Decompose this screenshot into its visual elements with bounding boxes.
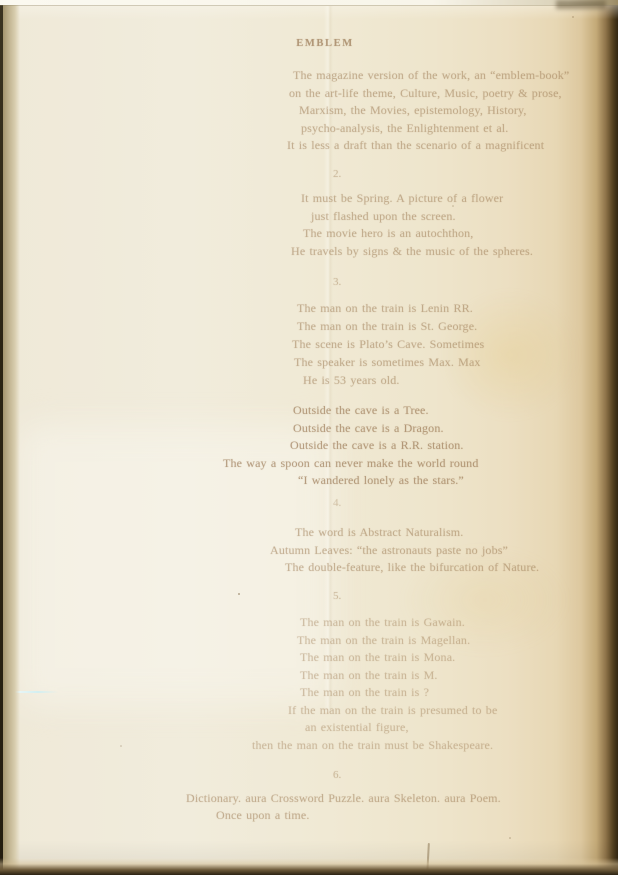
poem-line: The man on the train is ? (300, 684, 497, 702)
dust-speck (390, 95, 392, 97)
stanza-2: It must be Spring. A picture of a flower… (301, 190, 533, 260)
stanza-5: The word is Abstract Naturalism. Autumn … (285, 524, 539, 577)
poem-line: psycho-analysis, the Enlightenment et al… (301, 120, 569, 138)
poem-line: The man on the train is M. (300, 667, 497, 685)
dust-speck (120, 745, 122, 747)
scanner-top-line (0, 5, 618, 6)
poem-line: Outside the cave is a R.R. station. (290, 437, 478, 455)
poem-line: The double-feature, like the bifurcation… (285, 559, 539, 577)
poem-line: Outside the cave is a Tree. (293, 402, 478, 420)
poem-title: EMBLEM (230, 38, 420, 49)
section-number-5: 5. (333, 590, 341, 602)
dust-speck (452, 205, 454, 207)
poem-line: The scene is Plato’s Cave. Sometimes (292, 335, 484, 353)
section-number-4: 4. (333, 497, 341, 509)
section-number-2: 2. (333, 168, 341, 180)
poem-line: The magazine version of the work, an “em… (293, 67, 569, 85)
stanza-3: The man on the train is Lenin RR. The ma… (297, 299, 484, 389)
poem-line: The movie hero is an autochthon, (303, 225, 533, 243)
poem-line: The speaker is sometimes Max. Max (294, 353, 484, 371)
page-edge-bottom (0, 858, 618, 875)
poem-line: The man on the train is Magellan. (297, 632, 497, 650)
poem-line: Marxism, the Movies, epistemology, Histo… (299, 102, 569, 120)
poem-line: an existential figure, (305, 719, 497, 737)
poem-line: on the art-life theme, Culture, Music, p… (289, 85, 569, 103)
poem-line: Outside the cave is a Dragon. (293, 420, 478, 438)
page-corner-shadow (556, 0, 606, 9)
poem-line: The man on the train is Lenin RR. (297, 299, 484, 317)
poem-line: He is 53 years old. (303, 371, 484, 389)
poem-line: Autumn Leaves: “the astronauts paste no … (270, 542, 539, 560)
poem-line: The word is Abstract Naturalism. (295, 524, 539, 542)
poem-line: then the man on the train must be Shakes… (252, 737, 497, 755)
stanza-7: Dictionary. aura Crossword Puzzle. aura … (186, 790, 501, 824)
poem-line: It is less a draft than the scenario of … (287, 137, 569, 155)
dust-speck (572, 16, 574, 18)
poem-line: The man on the train is Gawain. (300, 614, 497, 632)
dust-speck (509, 837, 511, 839)
poem-line: The way a spoon can never make the world… (223, 455, 478, 473)
poem-line: The man on the train is Mona. (300, 649, 497, 667)
poem-line: It must be Spring. A picture of a flower (301, 190, 533, 208)
dust-speck (238, 593, 240, 595)
stanza-1: The magazine version of the work, an “em… (293, 67, 569, 155)
poem-line: Dictionary. aura Crossword Puzzle. aura … (186, 790, 501, 807)
poem-showthrough: EMBLEM The magazine version of the work,… (0, 0, 618, 875)
poem-line: just flashed upon the screen. (311, 208, 533, 226)
section-number-6: 6. (333, 769, 341, 781)
section-number-3: 3. (333, 276, 341, 288)
poem-line: The man on the train is St. George. (297, 317, 484, 335)
poem-line: He travels by signs & the music of the s… (291, 243, 533, 261)
page-edge-left (3, 0, 20, 875)
poem-line: Once upon a time. (216, 807, 501, 824)
poem-line: If the man on the train is presumed to b… (288, 702, 497, 720)
stanza-6: The man on the train is Gawain. The man … (300, 614, 497, 754)
poem-line: “I wandered lonely as the stars.” (298, 472, 478, 490)
stanza-4: Outside the cave is a Tree. Outside the … (293, 402, 478, 490)
scanned-book-page: EMBLEM The magazine version of the work,… (0, 0, 618, 875)
